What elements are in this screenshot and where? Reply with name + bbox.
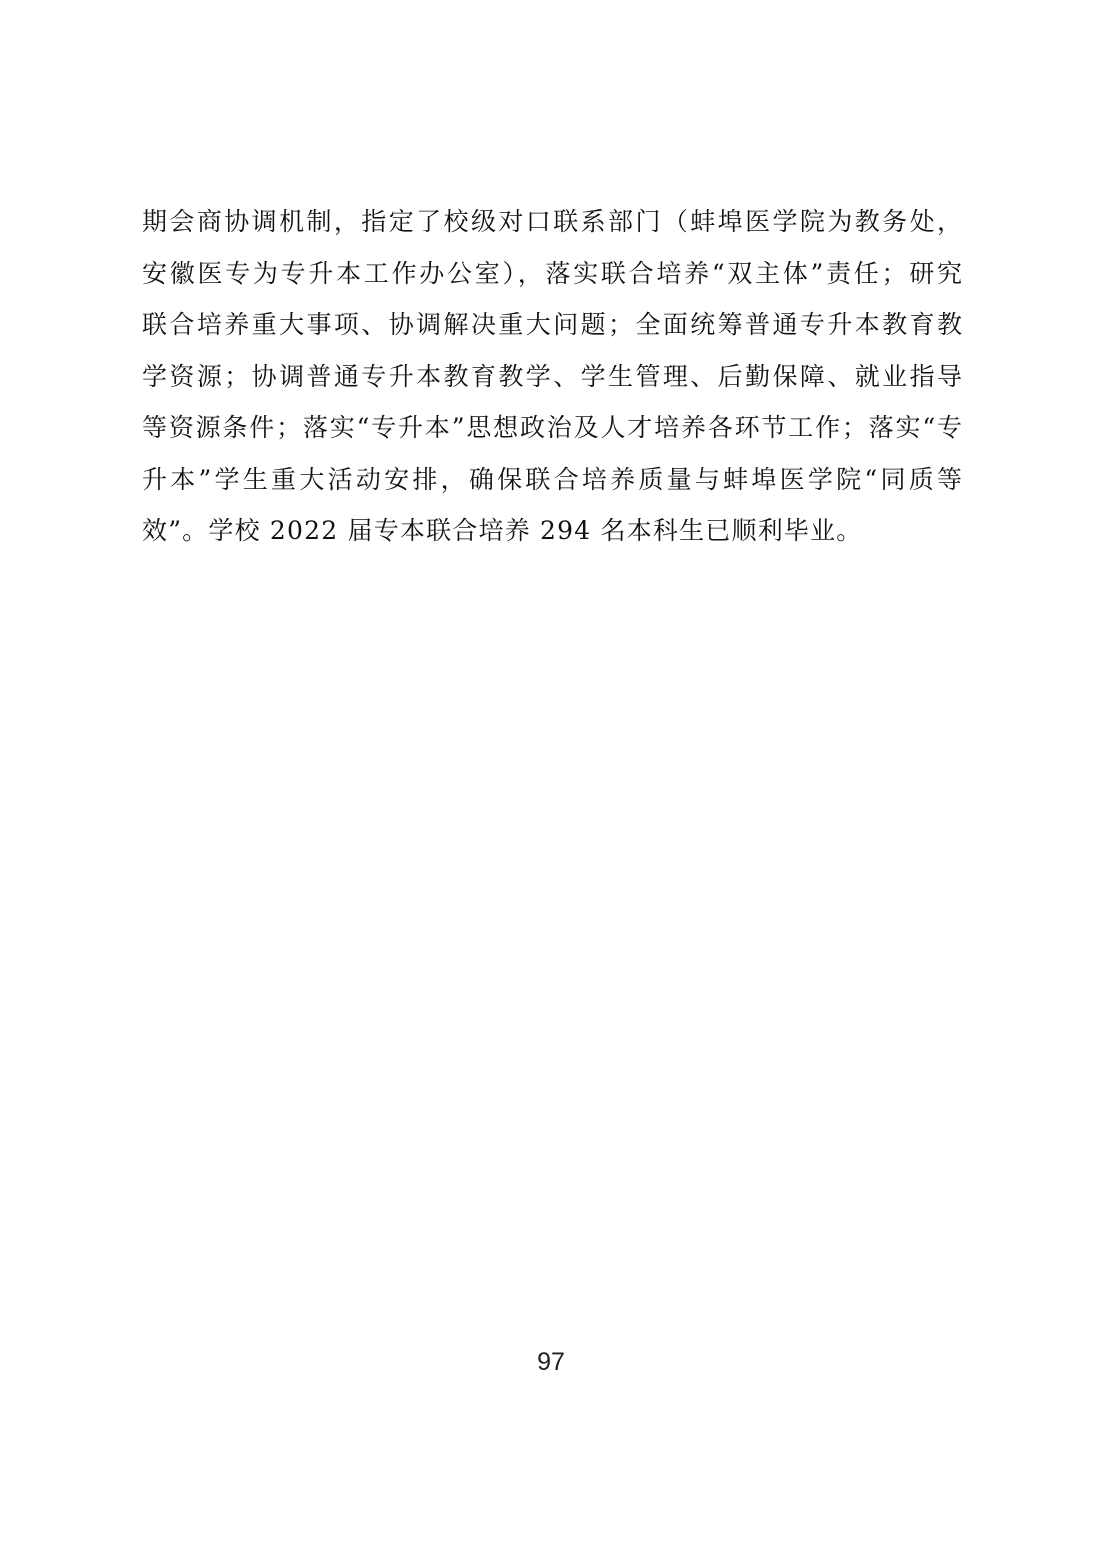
paragraph-line: 期会商协调机制，指定了校级对口联系部门（蚌埠医学院为教务处， <box>142 203 962 255</box>
paragraph-line: 升本”学生重大活动安排，确保联合培养质量与蚌埠医学院“同质等 <box>142 461 962 513</box>
paragraph-line-last: 效”。学校 2022 届专本联合培养 294 名本科生已顺利毕业。 <box>142 512 962 564</box>
document-page: 期会商协调机制，指定了校级对口联系部门（蚌埠医学院为教务处， 安徽医专为专升本工… <box>0 0 1102 1559</box>
paragraph-line: 安徽医专为专升本工作办公室），落实联合培养“双主体”责任；研究 <box>142 255 962 307</box>
page-number: 97 <box>0 1348 1102 1377</box>
paragraph-line: 联合培养重大事项、协调解决重大问题；全面统筹普通专升本教育教 <box>142 306 962 358</box>
paragraph-line: 学资源；协调普通专升本教育教学、学生管理、后勤保障、就业指导 <box>142 358 962 410</box>
body-paragraph: 期会商协调机制，指定了校级对口联系部门（蚌埠医学院为教务处， 安徽医专为专升本工… <box>142 203 962 564</box>
paragraph-line: 等资源条件；落实“专升本”思想政治及人才培养各环节工作；落实“专 <box>142 409 962 461</box>
